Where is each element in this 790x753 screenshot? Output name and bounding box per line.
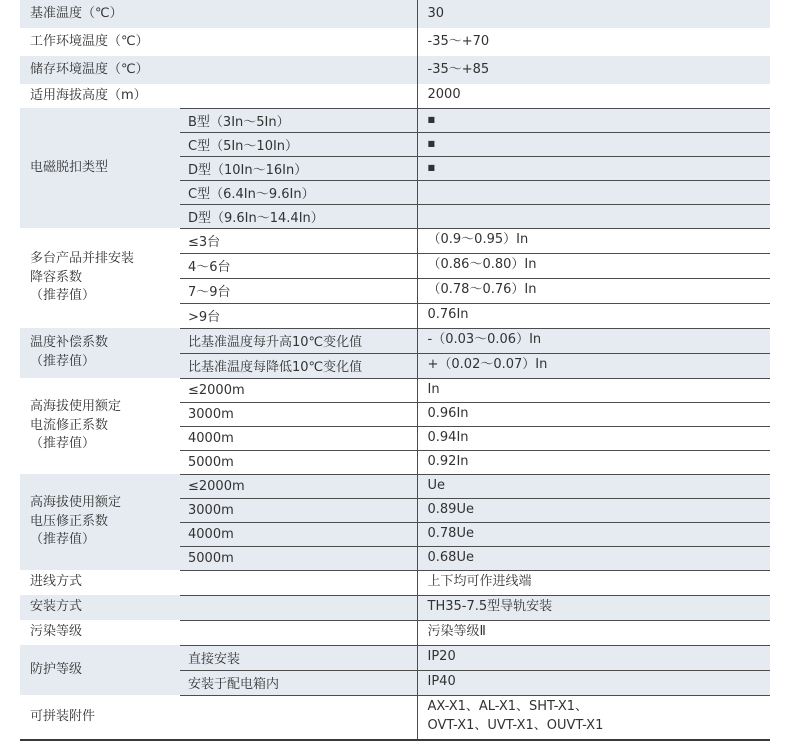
sub-label: 5000m	[180, 546, 417, 570]
sub-label	[180, 595, 417, 620]
value-cell	[417, 204, 770, 228]
sub-label	[180, 84, 417, 108]
value-cell: 0.68Ue	[417, 546, 770, 570]
table-row: 适用海拔高度（m） 2000	[20, 84, 770, 108]
sub-label: ≤2000m	[180, 378, 417, 402]
table-row: 多台产品并排安装 降容系数 （推荐值） ≤3台 （0.9～0.95）In	[20, 228, 770, 253]
value-cell: Ue	[417, 474, 770, 498]
sub-label: 安装于配电箱内	[180, 670, 417, 695]
sub-label: D型（9.6In～14.4In）	[180, 204, 417, 228]
table-row: 电磁脱扣类型 B型（3In～5In） ■	[20, 108, 770, 132]
table-row: 储存环境温度（℃） -35～+85	[20, 56, 770, 84]
table-row: 高海拔使用额定 电压修正系数 （推荐值） ≤2000m Ue	[20, 474, 770, 498]
row-label: 工作环境温度（℃）	[20, 28, 180, 56]
row-label: 进线方式	[20, 570, 180, 595]
sub-label	[180, 620, 417, 645]
sub-label: 5000m	[180, 450, 417, 474]
section-label: 高海拔使用额定 电流修正系数 （推荐值）	[20, 378, 180, 474]
sub-label	[180, 56, 417, 84]
table-row: 可拼装附件 AX-X1、AL-X1、SHT-X1、 OVT-X1、UVT-X1、…	[20, 695, 770, 740]
value-cell: （0.9～0.95）In	[417, 228, 770, 253]
value-cell: IP40	[417, 670, 770, 695]
sub-label: 7～9台	[180, 278, 417, 303]
table-row: 基准温度（℃） 30	[20, 0, 770, 28]
spec-table: 基准温度（℃） 30 工作环境温度（℃） -35～+70 储存环境温度（℃） -…	[20, 0, 770, 741]
section-label: 防护等级	[20, 645, 180, 695]
value-cell: 0.94In	[417, 426, 770, 450]
sub-label: 直接安装	[180, 645, 417, 670]
value-cell: 2000	[417, 84, 770, 108]
value-cell: 污染等级Ⅱ	[417, 620, 770, 645]
table-row: 高海拔使用额定 电流修正系数 （推荐值） ≤2000m In	[20, 378, 770, 402]
table-row: 进线方式 上下均可作进线端	[20, 570, 770, 595]
sub-label	[180, 0, 417, 28]
value-cell: 0.96In	[417, 402, 770, 426]
checked-square: ■	[417, 132, 770, 156]
value-cell: 0.89Ue	[417, 498, 770, 522]
value-cell: （0.86～0.80）In	[417, 253, 770, 278]
value-cell: In	[417, 378, 770, 402]
value-cell: 0.92In	[417, 450, 770, 474]
sub-label: C型（5In～10In）	[180, 132, 417, 156]
row-label: 基准温度（℃）	[20, 0, 180, 28]
spec-sheet: 基准温度（℃） 30 工作环境温度（℃） -35～+70 储存环境温度（℃） -…	[0, 0, 790, 741]
sub-label: C型（6.4In～9.6In）	[180, 180, 417, 204]
table-row: 温度补偿系数 （推荐值） 比基准温度每升高10℃变化值 -（0.03～0.06）…	[20, 328, 770, 353]
sub-label: 3000m	[180, 498, 417, 522]
value-cell: （0.78～0.76）In	[417, 278, 770, 303]
value-cell: 上下均可作进线端	[417, 570, 770, 595]
value-cell: AX-X1、AL-X1、SHT-X1、 OVT-X1、UVT-X1、OUVT-X…	[417, 695, 770, 740]
sub-label: 4000m	[180, 522, 417, 546]
value-cell: -（0.03～0.06）In	[417, 328, 770, 353]
sub-label	[180, 28, 417, 56]
section-label: 温度补偿系数 （推荐值）	[20, 328, 180, 378]
row-label: 可拼装附件	[20, 695, 180, 740]
sub-label: D型（10In～16In）	[180, 156, 417, 180]
sub-label: 4～6台	[180, 253, 417, 278]
value-cell	[417, 180, 770, 204]
sub-label: 4000m	[180, 426, 417, 450]
sub-label: B型（3In～5In）	[180, 108, 417, 132]
section-label: 多台产品并排安装 降容系数 （推荐值）	[20, 228, 180, 328]
sub-label: >9台	[180, 303, 417, 328]
sub-label: 比基准温度每升高10℃变化值	[180, 328, 417, 353]
sub-label: ≤3台	[180, 228, 417, 253]
table-row: 工作环境温度（℃） -35～+70	[20, 28, 770, 56]
row-label: 安装方式	[20, 595, 180, 620]
value-cell: -35～+70	[417, 28, 770, 56]
value-cell: 30	[417, 0, 770, 28]
section-label: 高海拔使用额定 电压修正系数 （推荐值）	[20, 474, 180, 570]
value-cell: +（0.02～0.07）In	[417, 353, 770, 378]
value-cell: IP20	[417, 645, 770, 670]
sub-label: ≤2000m	[180, 474, 417, 498]
row-label: 污染等级	[20, 620, 180, 645]
section-label: 电磁脱扣类型	[20, 108, 180, 228]
table-row: 安装方式 TH35-7.5型导轨安装	[20, 595, 770, 620]
row-label: 储存环境温度（℃）	[20, 56, 180, 84]
checked-square: ■	[417, 156, 770, 180]
value-cell: TH35-7.5型导轨安装	[417, 595, 770, 620]
checked-square: ■	[417, 108, 770, 132]
table-row: 防护等级 直接安装 IP20	[20, 645, 770, 670]
value-cell: 0.78Ue	[417, 522, 770, 546]
sub-label: 比基准温度每降低10℃变化值	[180, 353, 417, 378]
sub-label: 3000m	[180, 402, 417, 426]
value-cell: -35～+85	[417, 56, 770, 84]
sub-label	[180, 695, 417, 740]
table-row: 污染等级 污染等级Ⅱ	[20, 620, 770, 645]
row-label: 适用海拔高度（m）	[20, 84, 180, 108]
sub-label	[180, 570, 417, 595]
value-cell: 0.76In	[417, 303, 770, 328]
